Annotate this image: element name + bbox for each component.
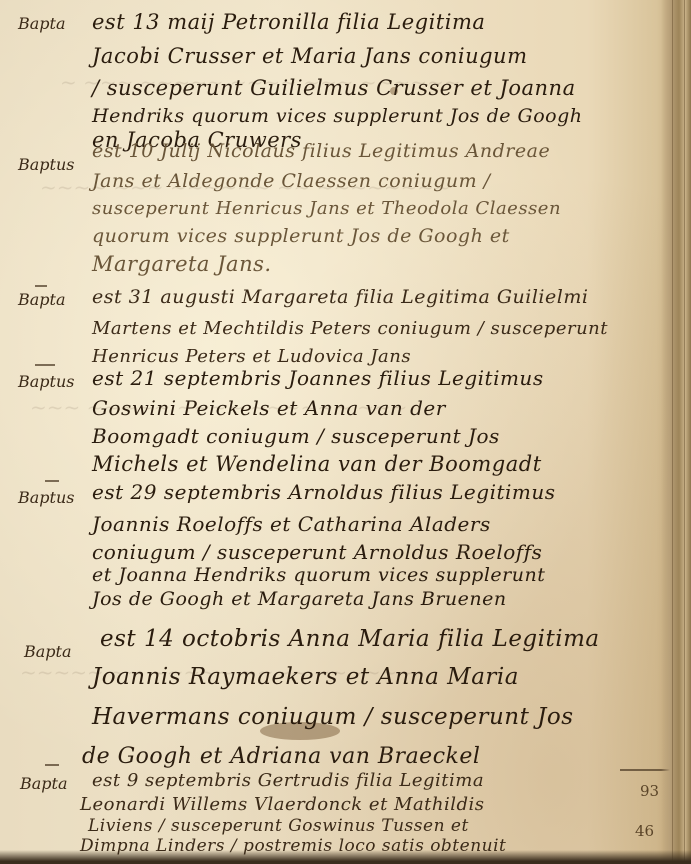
entry-6-line-1: est 14 octobris Anna Maria filia Legitim… (100, 626, 600, 652)
entry-separator (35, 364, 55, 366)
page-bottom-edge (0, 850, 691, 864)
entry-separator (45, 764, 59, 766)
entry-6-line-4: de Googh et Adriana van Braeckel (82, 744, 480, 769)
gutter-line (672, 0, 673, 864)
entry-3-line-1: est 31 augusti Margareta filia Legitima … (92, 286, 588, 308)
entry-7-line-2: Leonardi Willems Vlaerdonck et Mathildis (80, 794, 485, 815)
entry-5-line-5: Jos de Googh et Margareta Jans Bruenen (92, 588, 507, 610)
entry-3-line-2: Martens et Mechtildis Peters coniugum / … (92, 318, 608, 339)
entry-6-line-2: Joannis Raymaekers et Anna Maria (92, 664, 519, 690)
entry-7-line-1: est 9 septembris Gertrudis filia Legitim… (92, 770, 484, 791)
entry-5-line-4: et Joanna Hendriks quorum vices suppleru… (92, 564, 545, 586)
entry-4-line-1: est 21 septembris Joannes filius Legitim… (92, 366, 544, 390)
entry-2-line-2: Jans et Aldegonde Claessen coniugum / (92, 170, 491, 192)
entry-1-margin-label: Bapta (18, 14, 66, 33)
entry-2-line-3: susceperunt Henricus Jans et Theodola Cl… (92, 198, 561, 219)
entry-1-line-3: / susceperunt Guilielmus Crusser et Joan… (92, 76, 576, 100)
entry-5-line-2: Joannis Roeloffs et Catharina Aladers (92, 512, 491, 536)
entry-4-line-3: Boomgadt coniugum / susceperunt Jos (92, 424, 500, 448)
folio-number-top: 93 (640, 782, 659, 800)
entry-4-line-2: Goswini Peickels et Anna van der (92, 396, 446, 420)
entry-3-margin-label: Bapta (18, 290, 66, 309)
entry-6-line-3: Havermans coniugum / susceperunt Jos (92, 704, 574, 730)
entry-7-margin-label: Bapta (20, 774, 68, 793)
entry-5-margin-label: Baptus (18, 488, 74, 507)
entry-1-line-1: est 13 maij Petronilla filia Legitima (92, 10, 485, 34)
entry-separator (35, 285, 47, 287)
entry-2-margin-label: Baptus (18, 155, 74, 174)
entry-2-line-5: Margareta Jans. (92, 252, 272, 276)
entry-1-line-2: Jacobi Crusser et Maria Jans coniugum (92, 44, 528, 68)
gutter-line (684, 0, 685, 864)
entry-2-line-4: quorum vices supplerunt Jos de Googh et (92, 225, 510, 247)
entry-7-line-3: Liviens / susceperunt Goswinus Tussen et (88, 816, 469, 836)
entry-4-line-4: Michels et Wendelina van der Boomgadt (92, 452, 542, 476)
entry-3-line-3: Henricus Peters et Ludovica Jans (92, 346, 411, 367)
folio-number-bottom: 46 (635, 822, 654, 840)
binding-gutter (661, 0, 691, 864)
entry-5-line-3: coniugum / susceperunt Arnoldus Roeloffs (92, 540, 542, 564)
manuscript-page: ~ ~~~ ~~~~~ ~~~~ ~~~ ~~~~~~ ~~~~ ~~~ ~~~… (0, 0, 691, 864)
entry-5-line-1: est 29 septembris Arnoldus filius Legiti… (92, 480, 556, 504)
entry-2-line-1: est 10 Julij Nicolaus filius Legitimus A… (92, 140, 550, 162)
entry-1-line-4: Hendriks quorum vices supplerunt Jos de … (92, 105, 583, 127)
entry-separator (45, 480, 59, 482)
entry-4-margin-label: Baptus (18, 372, 74, 391)
entry-6-margin-label: Bapta (24, 642, 72, 661)
